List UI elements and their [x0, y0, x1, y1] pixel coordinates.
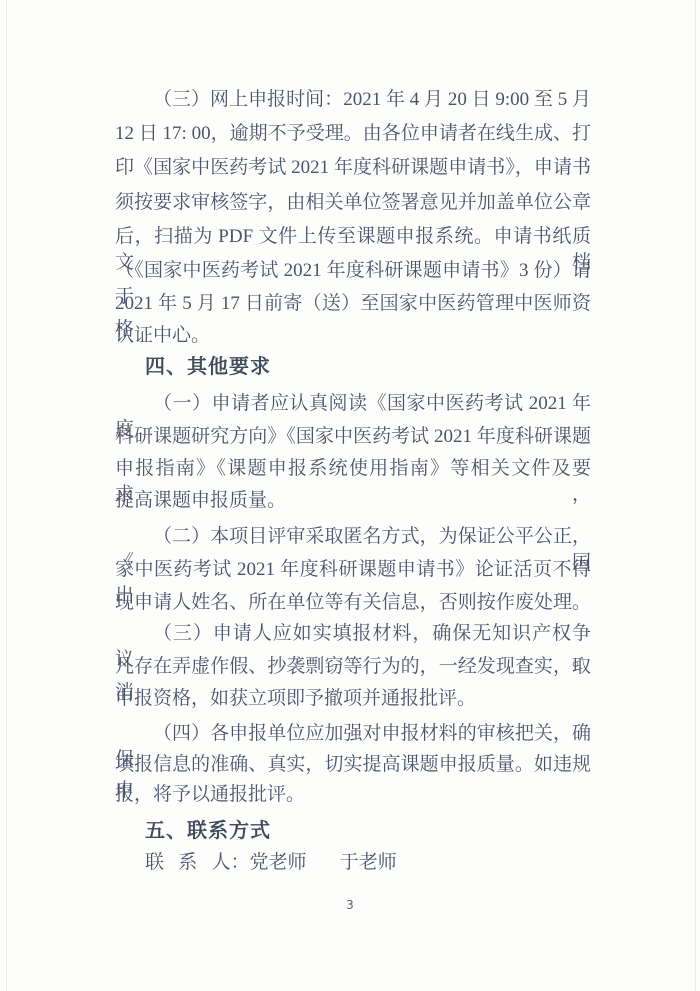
text-line: 提高课题申报质量。 [115, 488, 591, 516]
text-line: 科研课题研究方向》《国家中医药考试 2021 年度科研课题 [115, 424, 591, 452]
contact-person-line: 联 系 人：党老师 于老师 [115, 850, 591, 878]
text-line: 家中医药考试 2021 年度科研课题申请书》论证活页不得出 [115, 557, 591, 585]
text-line: 认证中心。 [115, 323, 591, 351]
page-number: 3 [0, 898, 700, 912]
text-line: 凡存在弄虚作假、抄袭剽窃等行为的，一经发现查实，取消 [115, 654, 591, 682]
text-line: （二）本项目评审采取匿名方式，为保证公平公正，《国 [115, 524, 591, 552]
document-body: （三）网上申报时间：2021 年 4 月 20 日 9:00 至 5 月 12 … [0, 0, 700, 991]
document-page: （三）网上申报时间：2021 年 4 月 20 日 9:00 至 5 月 12 … [0, 0, 700, 991]
text-line: 现申请人姓名、所在单位等有关信息，否则按作废处理。 [115, 590, 591, 618]
text-line: 2021 年 5 月 17 日前寄（送）至国家中医药管理中医师资格 [115, 291, 591, 319]
text-line: 填报信息的准确、真实，切实提高课题申报质量。如违规申 [115, 752, 591, 780]
text-line: 报，将予以通报批评。 [115, 782, 591, 810]
text-line: 申报指南》《课题申报系统使用指南》等相关文件及要求， [115, 456, 591, 484]
text-line: （三）网上申报时间：2021 年 4 月 20 日 9:00 至 5 月 [115, 87, 591, 115]
text-line: 须按要求审核签字，由相关单位签署意见并加盖单位公章 [115, 190, 591, 218]
section-heading-4: 四、其他要求 [115, 354, 591, 382]
text-line: 后，扫描为 PDF 文件上传至课题申报系统。申请书纸质文档 [115, 224, 591, 252]
text-line: 印《国家中医药考试 2021 年度科研课题申请书》，申请书 [115, 155, 591, 183]
text-line: （三）申请人应如实填报材料，确保无知识产权争议。 [115, 621, 591, 649]
text-line: 12 日 17: 00，逾期不予受理。由各位申请者在线生成、打 [115, 121, 591, 149]
text-line: （四）各申报单位应加强对申报材料的审核把关，确保 [115, 721, 591, 749]
section-heading-5: 五、联系方式 [115, 818, 591, 846]
text-line: （一）申请者应认真阅读《国家中医药考试 2021 年度 [115, 391, 591, 419]
text-line: 申报资格，如获立项即予撤项并通报批评。 [115, 686, 591, 714]
text-line: （《国家中医药考试 2021 年度科研课题申请书》3 份）请于 [115, 258, 591, 286]
